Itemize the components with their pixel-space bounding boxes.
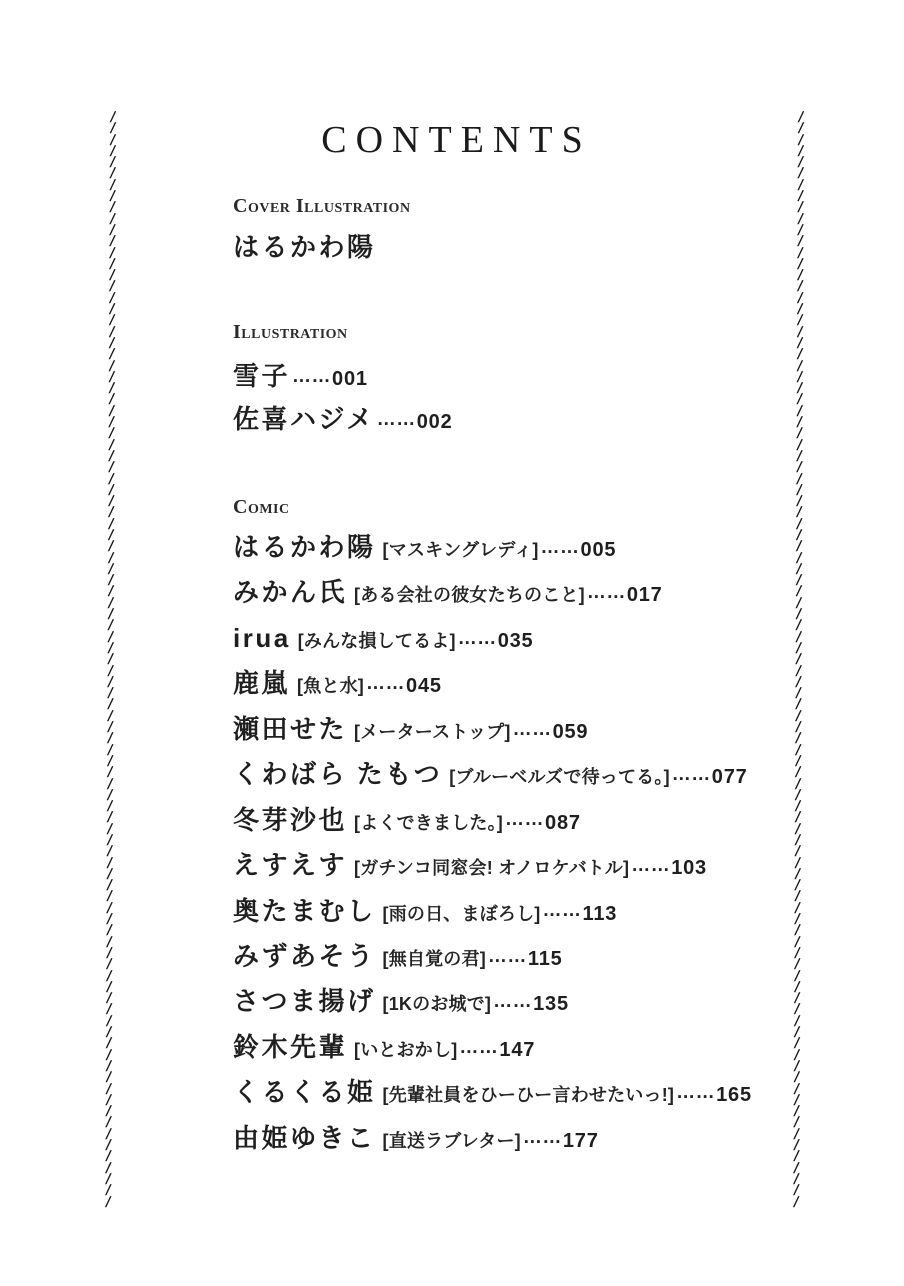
- toc-entry-title: [メーターストップ]: [354, 722, 511, 742]
- toc-entry-page: 177: [563, 1130, 599, 1152]
- toc-leader-dots: ……: [587, 582, 626, 603]
- section-entries: 雪子……001佐喜ハジメ……002: [233, 355, 904, 441]
- section-label: Cover Illustration: [233, 196, 411, 216]
- toc-entry-title: [無自覚の君]: [383, 949, 486, 969]
- toc-entry-page: 045: [406, 675, 442, 697]
- toc-entry-page: 135: [533, 993, 569, 1015]
- toc-entry-page: 001: [332, 368, 368, 390]
- toc-entry-title: [いとおかし]: [354, 1040, 457, 1060]
- toc-entry: 冬芽沙也[よくできました。]……087: [233, 798, 904, 843]
- toc-entry-author: 瀬田せた: [233, 714, 347, 744]
- toc-entry-author: 鹿嵐: [233, 668, 290, 698]
- toc-leader-dots: ……: [523, 1127, 562, 1148]
- toc-entry-title: [マスキングレディ]: [383, 540, 539, 560]
- toc-leader-dots: ……: [366, 673, 405, 694]
- toc-entry: 鈴木先輩[いとおかし]……147: [233, 1025, 904, 1070]
- toc-leader-dots: ……: [676, 1082, 715, 1103]
- toc-entry-author: くるくる姫: [233, 1077, 376, 1107]
- toc-entry-author: 冬芽沙也: [233, 805, 347, 835]
- toc-entry-author: 雪子: [233, 361, 290, 391]
- toc-entry-title: [よくできました。]: [354, 813, 503, 833]
- section-entries: はるかわ陽: [233, 229, 904, 270]
- toc-entry: 鹿嵐[魚と水]……045: [233, 661, 904, 706]
- section-entries: はるかわ陽[マスキングレディ]……005みかん氏[ある会社の彼女たちのこと]………: [233, 525, 904, 1161]
- toc-entry: みかん氏[ある会社の彼女たちのこと]……017: [233, 570, 904, 615]
- toc-entry: さつま揚げ[1Kのお城で]……135: [233, 979, 904, 1024]
- toc-leader-dots: ……: [672, 764, 711, 785]
- toc-entry-title: [ブルーベルズで待ってる。]: [449, 767, 670, 787]
- toc-entry-title: [雨の日、まぼろし]: [383, 904, 541, 924]
- toc-entry-author: はるかわ陽: [233, 532, 376, 562]
- toc-entry-page: 165: [716, 1084, 752, 1106]
- toc-entry-page: 002: [417, 411, 453, 433]
- toc-leader-dots: ……: [493, 991, 532, 1012]
- toc-entry-page: 147: [499, 1039, 535, 1061]
- toc-leader-dots: ……: [488, 946, 527, 967]
- toc-entry: はるかわ陽: [233, 229, 904, 270]
- toc-entry-page: 017: [627, 584, 663, 606]
- toc-entry: くるくる姫[先輩社員をひーひー言わせたいっ!]……165: [233, 1070, 904, 1115]
- section-label: Illustration: [233, 322, 348, 342]
- toc-entry: くわばら たもつ[ブルーベルズで待ってる。]……077: [233, 752, 904, 797]
- toc-entry: はるかわ陽[マスキングレディ]……005: [233, 525, 904, 570]
- toc-leader-dots: ……: [631, 855, 670, 876]
- toc-entry: 瀬田せた[メーターストップ]……059: [233, 707, 904, 752]
- toc-entry: 雪子……001: [233, 355, 904, 398]
- toc-entry-page: 113: [583, 903, 618, 925]
- toc-entry-author: 由姫ゆきこ: [233, 1123, 376, 1153]
- toc-entry-author: えすえす: [233, 850, 347, 880]
- toc-entry-title: [直送ラブレター]: [383, 1131, 521, 1151]
- toc-leader-dots: ……: [505, 809, 544, 830]
- toc-leader-dots: ……: [458, 628, 497, 649]
- toc-leader-dots: ……: [292, 366, 331, 387]
- toc-entry-author: 鈴木先輩: [233, 1032, 347, 1062]
- section-label: Comic: [233, 497, 290, 517]
- left-hatch-border: / / / / / / / / / / / / / / / / / / / / …: [100, 112, 121, 1208]
- toc-entry-author: みずあそう: [233, 941, 376, 971]
- toc-page: / / / / / / / / / / / / / / / / / / / / …: [0, 0, 904, 1286]
- toc-entry-author: みかん氏: [233, 577, 347, 607]
- toc-entry-page: 103: [671, 857, 707, 879]
- toc-entry-page: 077: [712, 766, 748, 788]
- toc-entry: えすえす[ガチンコ同窓会! オノロケバトル]……103: [233, 843, 904, 888]
- toc-entry: みずあそう[無自覚の君]……115: [233, 934, 904, 979]
- toc-entry-title: [1Kのお城で]: [383, 994, 492, 1014]
- toc-entry-page: 059: [553, 721, 589, 743]
- toc-entry-author: さつま揚げ: [233, 986, 376, 1016]
- toc-entry-title: [先輩社員をひーひー言わせたいっ!]: [383, 1085, 675, 1105]
- toc-entry-author: 佐喜ハジメ: [233, 404, 375, 434]
- toc-entry-title: [みんな損してるよ]: [298, 631, 456, 651]
- toc-entry: 奥たまむし[雨の日、まぼろし]……113: [233, 889, 904, 934]
- toc-leader-dots: ……: [513, 719, 552, 740]
- toc-entry: irua[みんな損してるよ]……035: [233, 616, 904, 661]
- toc-entry-author: くわばら たもつ: [233, 759, 442, 789]
- toc-entry: 佐喜ハジメ……002: [233, 398, 904, 441]
- toc-leader-dots: ……: [541, 537, 580, 558]
- toc-entry-page: 035: [498, 630, 534, 652]
- toc-entry: 由姫ゆきこ[直送ラブレター]……177: [233, 1116, 904, 1161]
- page-title: CONTENTS: [0, 118, 904, 162]
- toc-entry-title: [ガチンコ同窓会! オノロケバトル]: [354, 858, 629, 878]
- toc-entry-title: [魚と水]: [297, 676, 364, 696]
- toc-entry-author: 奥たまむし: [233, 896, 376, 926]
- toc-entry-author: はるかわ陽: [233, 232, 376, 262]
- toc-leader-dots: ……: [459, 1037, 498, 1058]
- toc-leader-dots: ……: [543, 900, 582, 921]
- toc-entry-page: 087: [545, 812, 581, 834]
- toc-entry-page: 115: [528, 948, 563, 970]
- toc-entry-title: [ある会社の彼女たちのこと]: [354, 585, 585, 605]
- toc-entry-author: irua: [233, 623, 291, 653]
- toc-leader-dots: ……: [377, 409, 416, 430]
- toc-entry-page: 005: [581, 539, 617, 561]
